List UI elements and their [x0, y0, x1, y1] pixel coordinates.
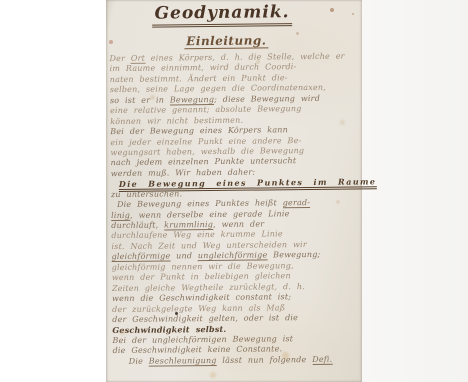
word-run: Die — [129, 356, 149, 365]
word-run: Zeiten gleiche Wegtheile zurücklegt, d. … — [112, 282, 305, 293]
word-run: im Raume einnimmt, wird durch Coordi- — [110, 63, 297, 74]
foxing-spot — [120, 330, 125, 335]
word-run: Bei der ungleichförmigen Bewegung ist — [112, 334, 293, 345]
foxing-spot — [210, 372, 216, 378]
foxing-spot — [256, 60, 260, 64]
word-run: , wenn derselbe eine gerade Linie — [130, 209, 290, 220]
underlined-word: Beschleunigung — [149, 356, 217, 367]
word-run: eines Körpers, d. h. die Stelle, welche … — [145, 52, 345, 63]
word-run: naten bestimmt. Ändert ein Punkt die- — [110, 73, 288, 84]
word-run: wenn der Punkt in beliebigen gleichen — [112, 271, 291, 282]
word-run: können wir nicht bestimmen. — [110, 115, 243, 125]
foxing-spot — [296, 32, 299, 35]
manuscript-lines: Der Ort eines Körpers, d. h. die Stelle,… — [106, 51, 365, 367]
word-run: werden muß. Wir haben daher: — [111, 167, 256, 178]
word-run: der Geschwindigkeit gelten, oder ist die — [112, 313, 298, 324]
word-run: so ist er in — [110, 95, 170, 105]
word-run: ein jeder einzelne Punkt eine andere Be- — [110, 136, 301, 147]
underlined-word: Defi. — [312, 354, 332, 364]
underlined-word: gleichförmige — [112, 252, 171, 263]
word-run: wegungsart haben, weshalb die Bewegung — [110, 146, 304, 157]
word-run: Die Bewegung eines Punktes heißt — [117, 198, 283, 209]
page-subtitle: Einleitung. — [98, 33, 354, 51]
word-run: , wenn der — [213, 219, 264, 229]
word-run: gleichförmig nennen wir die Bewegung, — [112, 261, 294, 272]
word-run: durchlaufene Weg eine krumme Linie — [111, 230, 283, 241]
word-run: eine relative genannt; absolute Bewegung — [110, 104, 302, 115]
word-run: nach jedem einzelnen Punkte untersucht — [111, 156, 297, 167]
underlined-word: Bewegung — [170, 95, 214, 105]
manuscript-content: Geodynamik. Einleitung. Der Ort eines Kö… — [106, 0, 366, 367]
manuscript-page: Geodynamik. Einleitung. Der Ort eines Kö… — [106, 0, 362, 382]
word-run: wenn die Geschwindigkeit constant ist; — [112, 292, 291, 303]
word-run: Bei der Bewegung eines Körpers kann — [110, 125, 288, 136]
foxing-spot — [109, 40, 113, 44]
page-title: Geodynamik. — [94, 2, 350, 29]
word-run: Geschwindigkeit selbst. — [112, 324, 226, 335]
underlined-word: Ort — [131, 54, 145, 64]
underlined-word: krummlinig — [164, 220, 213, 231]
manuscript-line: Die Beschleunigung lässt nun folgende De… — [113, 354, 366, 367]
foxing-spot — [336, 200, 340, 204]
underlined-word: gerad- — [283, 198, 311, 208]
page-title-text: Geodynamik. — [151, 2, 292, 27]
word-run: lässt nun folgende — [217, 355, 313, 365]
word-run: Der — [109, 54, 130, 63]
scan-background: Geodynamik. Einleitung. Der Ort eines Kö… — [0, 0, 468, 382]
word-run: die Geschwindigkeit keine Constante. — [113, 345, 283, 356]
word-run: selben, seine Lage gegen die Coordinaten… — [110, 83, 326, 94]
page-subtitle-text: Einleitung. — [184, 33, 268, 49]
foxing-spot — [330, 8, 334, 12]
word-run: Bewegung; — [267, 250, 320, 260]
word-run: und — [170, 251, 198, 260]
word-run: der zurückgelegte Weg kann als Maß — [112, 303, 285, 314]
word-run: ; diese Bewegung wird — [214, 94, 320, 104]
underlined-word: ungleichförmige — [198, 251, 268, 262]
foxing-spot — [175, 312, 178, 315]
foxing-spot — [352, 13, 354, 15]
underlined-word: linig — [111, 210, 130, 220]
word-run: ist. Nach Zeit und Weg unterscheiden wir — [111, 240, 306, 251]
manuscript-line: Die Bewegung eines Punktes im Raume — [111, 177, 364, 190]
word-run: zu untersuchen. — [111, 189, 182, 199]
foxing-spot — [150, 95, 155, 100]
foxing-spot — [340, 120, 345, 125]
foxing-spot — [282, 352, 289, 359]
word-run: durchläuft, — [111, 221, 164, 231]
